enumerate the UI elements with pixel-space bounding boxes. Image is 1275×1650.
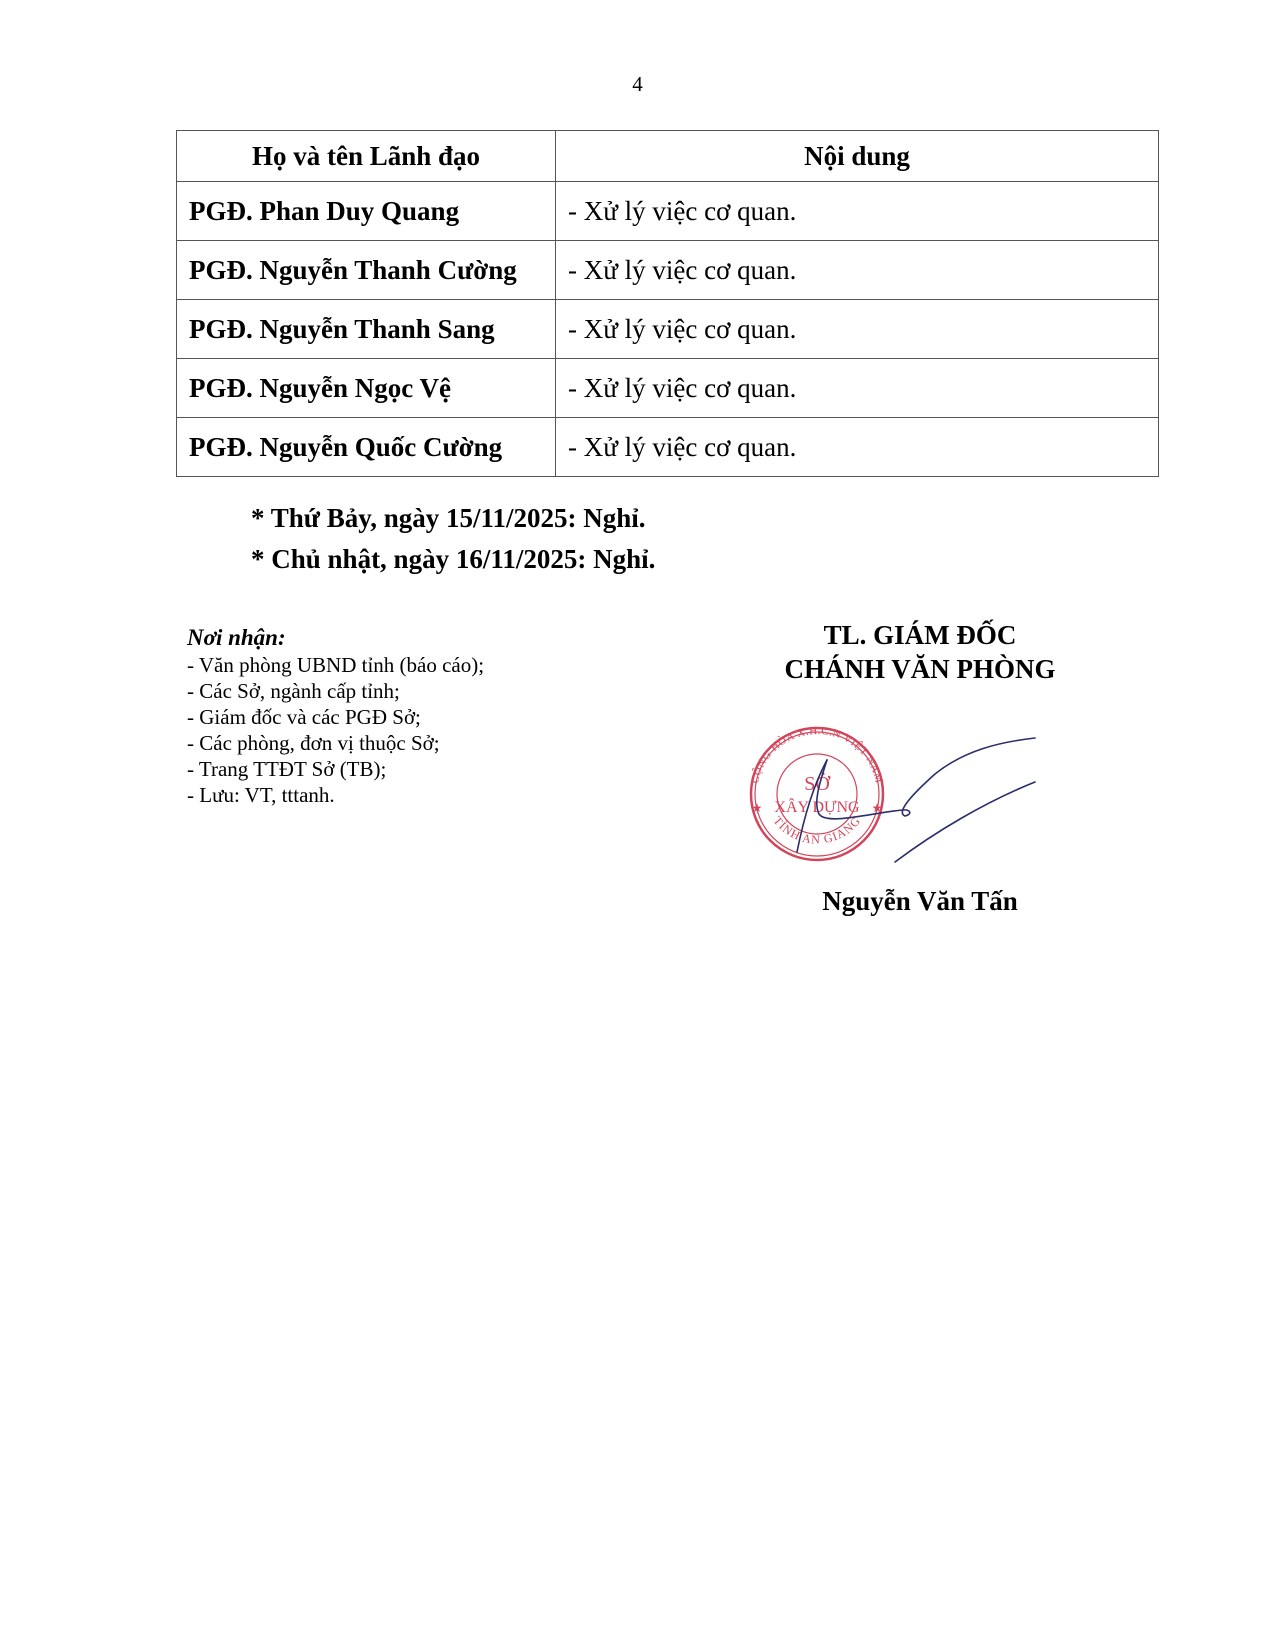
leader-task: - Xử lý việc cơ quan.: [556, 300, 1159, 359]
header-leader-name: Họ và tên Lãnh đạo: [177, 131, 556, 182]
note-sunday: * Chủ nhật, ngày 16/11/2025: Nghỉ.: [251, 539, 655, 580]
table-row: PGĐ. Nguyễn Thanh Cường - Xử lý việc cơ …: [177, 241, 1159, 300]
recipient-item: - Trang TTĐT Sở (TB);: [187, 756, 484, 782]
signature-role-line1: TL. GIÁM ĐỐC: [740, 618, 1100, 652]
table-row: PGĐ. Nguyễn Quốc Cường - Xử lý việc cơ q…: [177, 418, 1159, 477]
recipient-item: - Các Sở, ngành cấp tỉnh;: [187, 678, 484, 704]
recipient-item: - Lưu: VT, tttanh.: [187, 782, 484, 808]
signature-title-block: TL. GIÁM ĐỐC CHÁNH VĂN PHÒNG: [740, 618, 1100, 686]
leader-task: - Xử lý việc cơ quan.: [556, 241, 1159, 300]
svg-text:TỈNH AN GIANG: TỈNH AN GIANG: [770, 814, 863, 847]
header-content: Nội dung: [556, 131, 1159, 182]
recipient-item: - Văn phòng UBND tỉnh (báo cáo);: [187, 652, 484, 678]
leader-name: PGĐ. Phan Duy Quang: [177, 182, 556, 241]
signer-name: Nguyễn Văn Tấn: [740, 886, 1100, 917]
leader-task: - Xử lý việc cơ quan.: [556, 359, 1159, 418]
leader-schedule-table: Họ và tên Lãnh đạo Nội dung PGĐ. Phan Du…: [176, 130, 1159, 477]
page-number: 4: [0, 72, 1275, 97]
svg-text:★: ★: [752, 801, 763, 815]
recipients-block: Nơi nhận: - Văn phòng UBND tỉnh (báo cáo…: [187, 624, 484, 808]
table-header-row: Họ và tên Lãnh đạo Nội dung: [177, 131, 1159, 182]
leader-task: - Xử lý việc cơ quan.: [556, 182, 1159, 241]
table-row: PGĐ. Nguyễn Ngọc Vệ - Xử lý việc cơ quan…: [177, 359, 1159, 418]
leader-name: PGĐ. Nguyễn Quốc Cường: [177, 418, 556, 477]
recipients-title: Nơi nhận:: [187, 624, 484, 652]
recipient-item: - Các phòng, đơn vị thuộc Sở;: [187, 730, 484, 756]
leader-name: PGĐ. Nguyễn Ngọc Vệ: [177, 359, 556, 418]
weekend-notes: * Thứ Bảy, ngày 15/11/2025: Nghỉ. * Chủ …: [251, 498, 655, 580]
leader-task: - Xử lý việc cơ quan.: [556, 418, 1159, 477]
note-saturday: * Thứ Bảy, ngày 15/11/2025: Nghỉ.: [251, 498, 655, 539]
signature-role-line2: CHÁNH VĂN PHÒNG: [740, 652, 1100, 686]
table-row: PGĐ. Nguyễn Thanh Sang - Xử lý việc cơ q…: [177, 300, 1159, 359]
recipient-item: - Giám đốc và các PGĐ Sở;: [187, 704, 484, 730]
table-row: PGĐ. Phan Duy Quang - Xử lý việc cơ quan…: [177, 182, 1159, 241]
leader-name: PGĐ. Nguyễn Thanh Sang: [177, 300, 556, 359]
stamp-and-signature: CỘNG HÒA X.H.C.N VIỆT NAM TỈNH AN GIANG …: [735, 712, 1065, 872]
official-seal-icon: CỘNG HÒA X.H.C.N VIỆT NAM TỈNH AN GIANG …: [735, 712, 1065, 872]
leader-name: PGĐ. Nguyễn Thanh Cường: [177, 241, 556, 300]
